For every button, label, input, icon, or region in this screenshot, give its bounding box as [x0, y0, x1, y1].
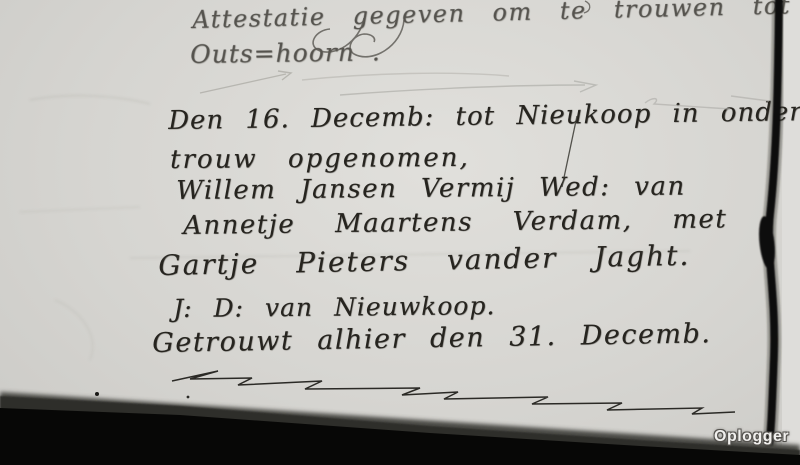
entry-line-registered: trouw opgenomen,: [170, 143, 470, 175]
register-page-scan: Attestatie gegeven om te trouwen tot Out…: [0, 0, 800, 465]
entry-line-bride-origin: J: D: van Nieuwkoop.: [173, 291, 495, 323]
attestation-line-2: Outs=hoorn .: [190, 37, 381, 69]
entry-line-groom: Willem Jansen Vermij Wed: van: [176, 172, 686, 206]
watermark-label: Oplogger: [714, 428, 789, 446]
adjacent-page-edge: [782, 0, 800, 465]
